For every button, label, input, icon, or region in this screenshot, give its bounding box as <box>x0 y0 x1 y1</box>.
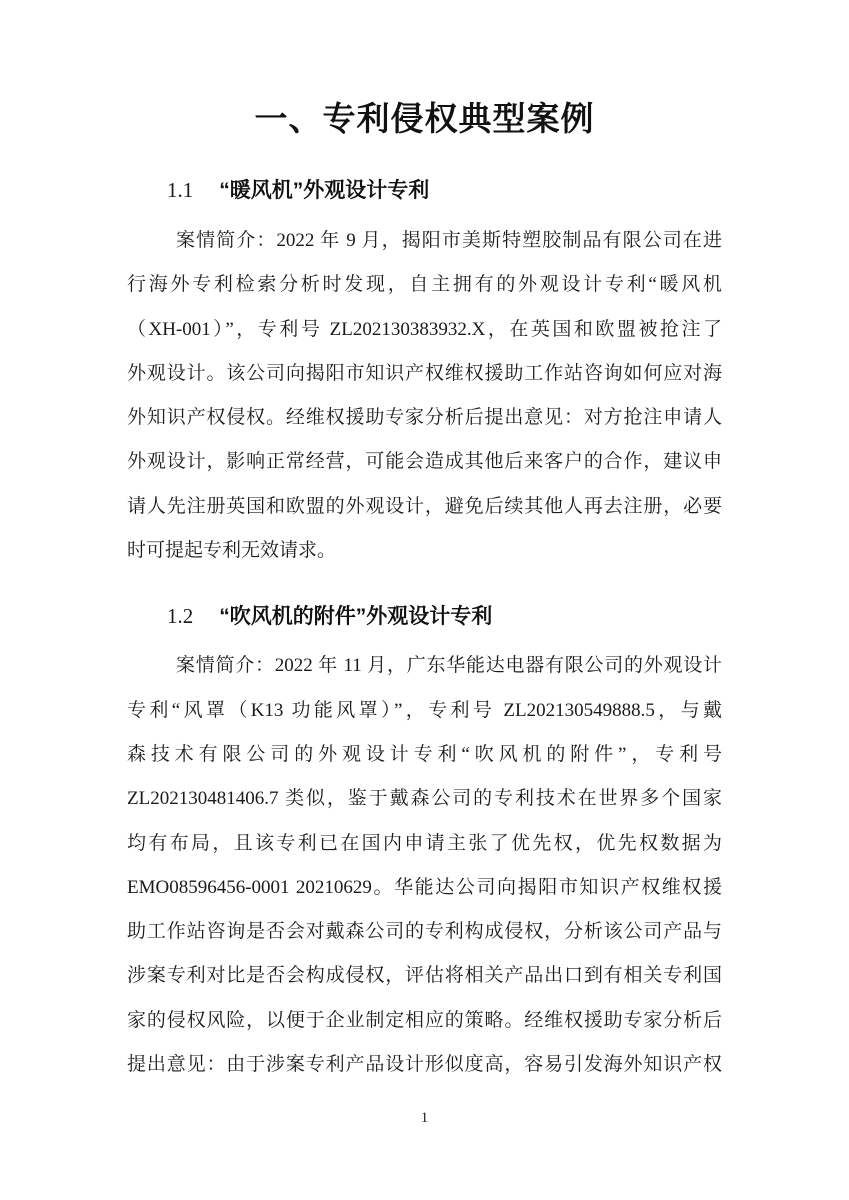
body-line: 案情简介：2022 年 9 月，揭阳市美斯特塑胶制品有限公司在进 <box>127 219 722 263</box>
section-number: 1.2 <box>167 604 193 628</box>
section-heading-1-2: 1.2“吹风机的附件”外观设计专利 <box>127 594 722 641</box>
document-content: 一、专利侵权典型案例 1.1“暖风机”外观设计专利 案情简介：2022 年 9 … <box>127 94 722 1087</box>
body-line: （XH-001）”，专利号 ZL202130383932.X，在英国和欧盟被抢注… <box>127 308 722 352</box>
section-title: “吹风机的附件”外观设计专利 <box>219 605 492 628</box>
case-paragraph-2: 案情简介：2022 年 11 月，广东华能达电器有限公司的外观设计 专利“风罩（… <box>127 644 722 1087</box>
section-heading-1-1: 1.1“暖风机”外观设计专利 <box>127 168 722 215</box>
body-line: 请人先注册英国和欧盟的外观设计，避免后续其他人再去注册，必要 <box>127 485 722 529</box>
body-line: 均有布局，且该专利已在国内申请主张了优先权，优先权数据为 <box>127 822 722 866</box>
section-number: 1.1 <box>167 178 193 202</box>
body-line: 外知识产权侵权。经维权援助专家分析后提出意见：对方抢注申请人 <box>127 396 722 440</box>
body-line: 家的侵权风险，以便于企业制定相应的策略。经维权援助专家分析后 <box>127 999 722 1043</box>
body-line: 行海外专利检索分析时发现，自主拥有的外观设计专利“暖风机 <box>127 263 722 307</box>
body-line: 提出意见：由于涉案专利产品设计形似度高，容易引发海外知识产权 <box>127 1043 722 1087</box>
body-line: 时可提起专利无效请求。 <box>127 529 722 573</box>
body-line: 涉案专利对比是否会构成侵权，评估将相关产品出口到有相关专利国 <box>127 954 722 998</box>
body-line: 外观设计，影响正常经营，可能会造成其他后来客户的合作，建议申 <box>127 440 722 484</box>
section-title: “暖风机”外观设计专利 <box>219 179 429 202</box>
document-page: 一、专利侵权典型案例 1.1“暖风机”外观设计专利 案情简介：2022 年 9 … <box>0 0 849 1200</box>
page-number: 1 <box>0 1098 849 1138</box>
body-line: 专利“风罩（K13 功能风罩）”，专利号 ZL202130549888.5，与戴 <box>127 689 722 733</box>
body-line: 森技术有限公司的外观设计专利“吹风机的附件”，专利号 <box>127 733 722 777</box>
body-line: 助工作站咨询是否会对戴森公司的专利构成侵权，分析该公司产品与 <box>127 910 722 954</box>
body-line: EMO08596456-0001 20210629。华能达公司向揭阳市知识产权维… <box>127 866 722 910</box>
document-title: 一、专利侵权典型案例 <box>127 94 722 146</box>
case-paragraph-1: 案情简介：2022 年 9 月，揭阳市美斯特塑胶制品有限公司在进 行海外专利检索… <box>127 219 722 573</box>
body-line: 外观设计。该公司向揭阳市知识产权维权援助工作站咨询如何应对海 <box>127 352 722 396</box>
body-line: 案情简介：2022 年 11 月，广东华能达电器有限公司的外观设计 <box>127 644 722 688</box>
body-line: ZL202130481406.7 类似，鉴于戴森公司的专利技术在世界多个国家 <box>127 777 722 821</box>
